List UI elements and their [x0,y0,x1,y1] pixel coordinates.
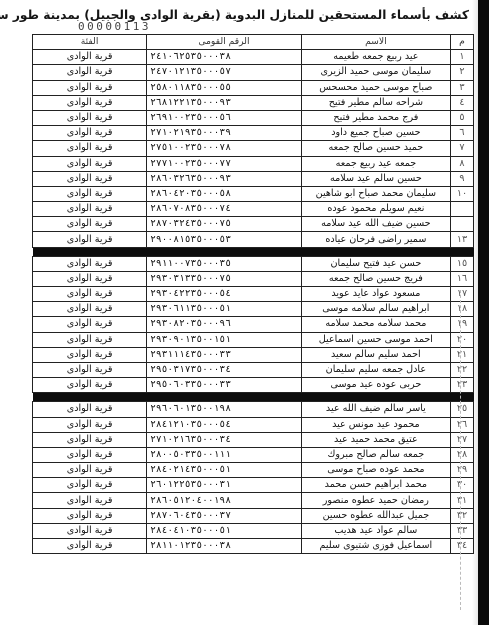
row-national-id: ٢٤١٠٦٢٥٣٥٠٠٠٣٨ [147,50,302,65]
row-index: ٢ [450,65,473,80]
row-name: رمضان حميد عطوه منصور [301,493,450,508]
table-row: ٢٨جمعه سالم صالح مبروك٢٨٠٠٥٠٣٣٥٠٠١١١قرية… [33,447,474,462]
row-category: قرية الوادى [33,362,147,377]
row-category: قرية الوادى [33,95,147,110]
row-index: ٦ [450,126,473,141]
table-row: ١٥حسن عيد فتيح سليمان٢٩١١٠٠٧٣٥٠٠٠٣٥قرية … [33,256,474,271]
table-row: ١٧مسعود عواد عايد عويد٢٩٣٠٤٢٢٣٥٠٠٠٥٤قرية… [33,287,474,302]
row-category: قرية الوادى [33,402,147,417]
table-row: ١٩محمد سلامه محمد سلامه٢٩٣٠٨٢٠٣٥٠٠٠٩٦قري… [33,317,474,332]
redaction-bar-fill [33,393,474,402]
row-name: ياسر سالم ضيف الله عيد [301,402,450,417]
row-category: قرية الوادى [33,287,147,302]
row-name: سالم عواد عيد هديب [301,523,450,538]
row-category: قرية الوادى [33,378,147,393]
row-national-id: ٢٧١٠٢١٦٣٥٠٠٠٣٤ [147,432,302,447]
row-index: ٥ [450,110,473,125]
row-index: ١٠ [450,186,473,201]
beneficiaries-table: م الاسم الرقم القومى الفئة ١عيد ربيع جمع… [32,34,474,554]
redaction-bar-fill [33,247,474,256]
table-row: ١عيد ربيع جمعه طعيمه٢٤١٠٦٢٥٣٥٠٠٠٣٨قرية ا… [33,50,474,65]
row-name: احمد سليم سالم سعيد [301,347,450,362]
row-category: قرية الوادى [33,508,147,523]
table-row: ١٦فريج حسين صالح جمعه٢٩٣٠٣١٣٣٥٠٠٠٧٥قرية … [33,271,474,286]
row-national-id: ٢٨٦٠٧٠٨٣٥٠٠٠٧٤ [147,202,302,217]
row-national-id: ٢٨٧٠٦٠٤٣٥٠٠٠٣٧ [147,508,302,523]
row-national-id: ٢٩٥٠٣١٧٣٥٠٠٠٣٤ [147,362,302,377]
table-row: ٢٩محمد عوده صباح موسى٢٨٤٠٢١٤٣٥٠٠٠٥١قرية … [33,463,474,478]
row-category: قرية الوادى [33,347,147,362]
row-index: ٩ [450,171,473,186]
row-index [450,202,473,217]
row-name: جميل عبدالله عطوه حسين [301,508,450,523]
row-national-id: ٢٨٤١٢١٠٣٥٠٠٠٥٤ [147,417,302,432]
row-name: حسن عيد فتيح سليمان [301,256,450,271]
table-row: ١٨ابراهيم سالم سلامه موسى٢٩٣٠٦١١٣٥٠٠٠٥١ق… [33,302,474,317]
row-name: سمير راضى فرحان عياده [301,232,450,247]
row-category: قرية الوادى [33,332,147,347]
table-row: حسين ضيف الله عيد سلامه٢٨٧٠٣٢٤٣٥٠٠٠٧٥قري… [33,217,474,232]
row-name: محمد سلامه محمد سلامه [301,317,450,332]
row-name: جمعه سالم صالح مبروك [301,447,450,462]
redaction-bar [33,393,474,402]
row-category: قرية الوادى [33,271,147,286]
row-national-id: ٢٩٣٠٤٢٢٣٥٠٠٠٥٤ [147,287,302,302]
table-row: ٢٣حربى عوده عيد موسى٢٩٥٠٦٠٣٣٥٠٠٠٣٣قرية ا… [33,378,474,393]
table-row: ٣٣سالم عواد عيد هديب٢٨٤٠٤١٠٣٥٠٠٠٥١قرية ا… [33,523,474,538]
row-name: اسماعيل فوزى شتيوى سليم [301,539,450,554]
table-row: ٣١رمضان حميد عطوه منصور٢٨٦٠٥١٢٠٤٠٠١٩٨قري… [33,493,474,508]
row-national-id: ٢٨١١٠١٢٣٥٠٠٠٣٨ [147,539,302,554]
table-row: ٣٢جميل عبدالله عطوه حسين٢٨٧٠٦٠٤٣٥٠٠٠٣٧قر… [33,508,474,523]
row-category: قرية الوادى [33,478,147,493]
row-category: قرية الوادى [33,463,147,478]
row-name: فريج حسين صالح جمعه [301,271,450,286]
row-national-id: ٢٨٧٠٣٢٤٣٥٠٠٠٧٥ [147,217,302,232]
row-name: احمد موسى حسين اسماعيل [301,332,450,347]
row-category: قرية الوادى [33,417,147,432]
header-national-id: الرقم القومى [147,35,302,50]
row-national-id: ٢٦٠١٢٢٥٣٥٠٠٠٣١ [147,478,302,493]
row-category: قرية الوادى [33,202,147,217]
redaction-bar [33,247,474,256]
row-index: ٤ [450,95,473,110]
row-category: قرية الوادى [33,110,147,125]
row-category: قرية الوادى [33,432,147,447]
row-national-id: ٢٧٧١٠٠٢٣٥٠٠٠٧٧ [147,156,302,171]
row-name: شراحه سالم مطير فتيح [301,95,450,110]
row-name: حربى عوده عيد موسى [301,378,450,393]
table-row: ١٣سمير راضى فرحان عياده٢٩٠٠٨١٥٣٥٠٠٠٥٣قري… [33,232,474,247]
row-name: حسين ضيف الله عيد سلامه [301,217,450,232]
table-row: نعيم سويلم محمود عوده٢٨٦٠٧٠٨٣٥٠٠٠٧٤قرية … [33,202,474,217]
row-national-id: ٢٩٣٠٨٢٠٣٥٠٠٠٩٦ [147,317,302,332]
row-national-id: ٢٧٥١٠٠٢٣٥٠٠٠٧٨ [147,141,302,156]
row-national-id: ٢٦٩١٠٠٢٣٥٠٠٠٥٦ [147,110,302,125]
row-category: قرية الوادى [33,65,147,80]
serial-number: 00000113 [78,20,151,33]
row-category: قرية الوادى [33,217,147,232]
row-national-id: ٢٨٤٠٤١٠٣٥٠٠٠٥١ [147,523,302,538]
row-national-id: ٢٩٦٠٦٠١٣٥٠٠١٩٨ [147,402,302,417]
row-name: ابراهيم سالم سلامه موسى [301,302,450,317]
row-national-id: ٢٨٠٠٥٠٣٣٥٠٠١١١ [147,447,302,462]
table-row: ٢٠احمد موسى حسين اسماعيل٢٩٣٠٩٠١٣٥٠٠١٥١قر… [33,332,474,347]
table-row: ١٠سليمان محمد صباح ابو شاهين٢٨٦٠٤٢٠٣٥٠٠٠… [33,186,474,201]
row-national-id: ٢٨٦٠٥١٢٠٤٠٠١٩٨ [147,493,302,508]
row-index: ١٣ [450,232,473,247]
table-row: ٢سليمان موسى حميد الزيرى٢٤٧٠١٢١٣٥٠٠٠٥٧قر… [33,65,474,80]
document-title: كشف بأسماء المستحقين للمنازل البدوية (بق… [0,8,469,22]
row-category: قرية الوادى [33,80,147,95]
table-row: ٢٢عادل جمعه سليم سليمان٢٩٥٠٣١٧٣٥٠٠٠٣٤قري… [33,362,474,377]
row-national-id: ٢٧١٠٢١٩٣٥٠٠٠٣٩ [147,126,302,141]
row-name: عادل جمعه سليم سليمان [301,362,450,377]
row-name: عتيق محمد حميد عيد [301,432,450,447]
row-name: جمعه عيد ربيع جمعه [301,156,450,171]
row-name: مسعود عواد عايد عويد [301,287,450,302]
row-name: حسين صباح جميع داود [301,126,450,141]
row-category: قرية الوادى [33,447,147,462]
table-row: ٩حسين سالم عيد سلامه٢٨٦٠٣٢٦٣٥٠٠٠٩٣قرية ا… [33,171,474,186]
row-national-id: ٢٩٠٠٨١٥٣٥٠٠٠٥٣ [147,232,302,247]
row-category: قرية الوادى [33,256,147,271]
table-row: ٨جمعه عيد ربيع جمعه٢٧٧١٠٠٢٣٥٠٠٠٧٧قرية ال… [33,156,474,171]
row-national-id: ٢٩٣٠٦١١٣٥٠٠٠٥١ [147,302,302,317]
row-index: ٧ [450,141,473,156]
row-national-id: ٢٤٧٠١٢١٣٥٠٠٠٥٧ [147,65,302,80]
row-national-id: ٢٩٥٠٦٠٣٣٥٠٠٠٣٣ [147,378,302,393]
row-index: ٣ [450,80,473,95]
table-row: ٣٠محمد ابراهيم حسن محمد٢٦٠١٢٢٥٣٥٠٠٠٣١قري… [33,478,474,493]
row-category: قرية الوادى [33,302,147,317]
row-category: قرية الوادى [33,50,147,65]
row-category: قرية الوادى [33,126,147,141]
header-index: م [450,35,473,50]
table-row: ٧حميد حسين صالح جمعه٢٧٥١٠٠٢٣٥٠٠٠٧٨قرية ا… [33,141,474,156]
row-category: قرية الوادى [33,523,147,538]
row-name: حسين سالم عيد سلامه [301,171,450,186]
table-row: ٥فرج محمد مطير فتيح٢٦٩١٠٠٢٣٥٠٠٠٥٦قرية ال… [33,110,474,125]
margin-handwritten-notes [460,290,471,610]
table-body: ١عيد ربيع جمعه طعيمه٢٤١٠٦٢٥٣٥٠٠٠٣٨قرية ا… [33,50,474,554]
row-name: سليمان موسى حميد الزيرى [301,65,450,80]
table-row: ٢١احمد سليم سالم سعيد٢٩٣١١١٤٣٥٠٠٠٣٣قرية … [33,347,474,362]
row-name: محمود عيد مونس عيد [301,417,450,432]
row-index: ١٥ [450,256,473,271]
scan-dark-edge [478,0,489,625]
row-index [450,217,473,232]
row-national-id: ٢٨٦٠٣٢٦٣٥٠٠٠٩٣ [147,171,302,186]
row-name: محمد ابراهيم حسن محمد [301,478,450,493]
table-row: ٣٤اسماعيل فوزى شتيوى سليم٢٨١١٠١٢٣٥٠٠٠٣٨ق… [33,539,474,554]
header-name: الاسم [301,35,450,50]
row-category: قرية الوادى [33,141,147,156]
row-name: سليمان محمد صباح ابو شاهين [301,186,450,201]
row-name: صباح موسى حميد محسحس [301,80,450,95]
row-national-id: ٢٩٣٠٣١٣٣٥٠٠٠٧٥ [147,271,302,286]
row-national-id: ٢٨٤٠٢١٤٣٥٠٠٠٥١ [147,463,302,478]
row-category: قرية الوادى [33,539,147,554]
row-national-id: ٢٨٦٠٤٢٠٣٥٠٠٠٥٨ [147,186,302,201]
row-name: فرج محمد مطير فتيح [301,110,450,125]
row-index: ٨ [450,156,473,171]
table-row: ٣صباح موسى حميد محسحس٢٥٨٠١١٨٣٥٠٠٠٥٥قرية … [33,80,474,95]
header-category: الفئة [33,35,147,50]
row-index: ١٦ [450,271,473,286]
row-category: قرية الوادى [33,317,147,332]
row-national-id: ٢٩٣١١١٤٣٥٠٠٠٣٣ [147,347,302,362]
table-header-row: م الاسم الرقم القومى الفئة [33,35,474,50]
row-name: عيد ربيع جمعه طعيمه [301,50,450,65]
table-row: ٦حسين صباح جميع داود٢٧١٠٢١٩٣٥٠٠٠٣٩قرية ا… [33,126,474,141]
row-category: قرية الوادى [33,186,147,201]
row-category: قرية الوادى [33,493,147,508]
row-category: قرية الوادى [33,171,147,186]
row-national-id: ٢٩٣٠٩٠١٣٥٠٠١٥١ [147,332,302,347]
row-category: قرية الوادى [33,156,147,171]
row-index: ١ [450,50,473,65]
row-name: حميد حسين صالح جمعه [301,141,450,156]
table-row: ٢٦محمود عيد مونس عيد٢٨٤١٢١٠٣٥٠٠٠٥٤قرية ا… [33,417,474,432]
row-national-id: ٢٩١١٠٠٧٣٥٠٠٠٣٥ [147,256,302,271]
table-row: ٢٧عتيق محمد حميد عيد٢٧١٠٢١٦٣٥٠٠٠٣٤قرية ا… [33,432,474,447]
row-category: قرية الوادى [33,232,147,247]
table-row: ٢٥ياسر سالم ضيف الله عيد٢٩٦٠٦٠١٣٥٠٠١٩٨قر… [33,402,474,417]
row-national-id: ٢٥٨٠١١٨٣٥٠٠٠٥٥ [147,80,302,95]
row-name: محمد عوده صباح موسى [301,463,450,478]
row-national-id: ٢٦٨١٢٢١٣٥٠٠٠٩٣ [147,95,302,110]
row-name: نعيم سويلم محمود عوده [301,202,450,217]
table-row: ٤شراحه سالم مطير فتيح٢٦٨١٢٢١٣٥٠٠٠٩٣قرية … [33,95,474,110]
